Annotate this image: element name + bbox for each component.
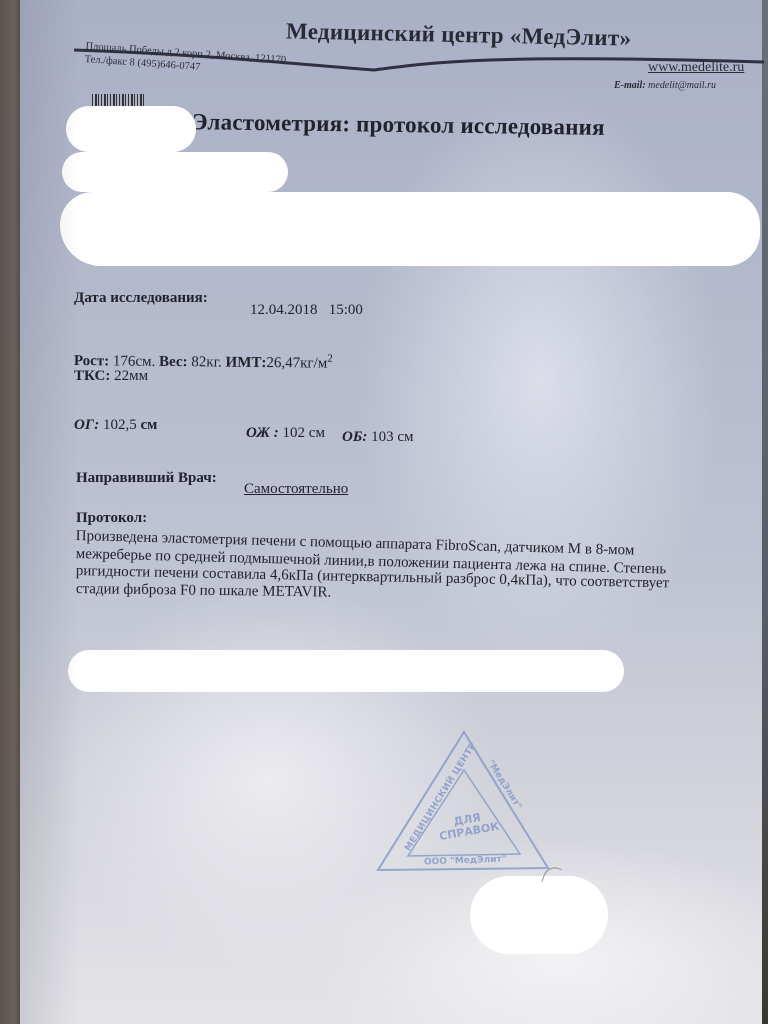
exam-datetime: 12.04.2018 15:00 <box>250 302 363 319</box>
bmi-value: 26,47кг/м <box>266 355 327 372</box>
redaction-signature <box>470 876 608 954</box>
oz-label: ОЖ : <box>246 425 279 441</box>
email-label: E-mail: <box>614 80 646 91</box>
protocol-text: Произведена эластометрия печени с помощь… <box>76 528 669 598</box>
bmi-exponent: 2 <box>327 353 333 365</box>
og-value: 102,5 <box>103 417 137 433</box>
email-value[interactable]: medelit@mail.ru <box>648 80 716 91</box>
official-stamp: МЕДИЦИНСКИЙ ЦЕНТР "МедЭлит" ДЛЯ СПРАВОК … <box>372 728 552 878</box>
oz-value: 102 см <box>283 425 325 441</box>
redaction-conclusion <box>68 650 624 692</box>
redaction-patient-info <box>62 152 288 192</box>
ob-line: ОБ: 103 см <box>342 429 414 446</box>
exam-date-label: Дата исследования: <box>74 290 208 307</box>
tks-value: 22мм <box>114 368 148 384</box>
tks-label: ТКС: <box>74 368 110 384</box>
redaction-patient-name <box>66 106 196 152</box>
document-page: Медицинский центр «МедЭлит» Площадь Побе… <box>20 0 762 1024</box>
protocol-heading: Протокол: <box>76 510 147 527</box>
og-line: ОГ: 102,5 см <box>74 417 157 434</box>
weight-label: Вес: <box>159 354 188 370</box>
redaction-patient-address <box>60 192 760 266</box>
oz-line: ОЖ : 102 см <box>246 425 325 442</box>
og-unit: см <box>141 417 158 433</box>
referral-label: Направивший Врач: <box>76 470 217 487</box>
height-label: Рост: <box>74 353 109 369</box>
website-link[interactable]: www.medelite.ru <box>648 60 744 76</box>
ob-value: 103 см <box>371 429 413 445</box>
ob-label: ОБ: <box>342 429 367 445</box>
referral-value: Самостоятельно <box>244 481 348 498</box>
og-label: ОГ: <box>74 417 99 433</box>
exam-time-value: 15:00 <box>329 302 363 318</box>
email-line: E-mail: medelit@mail.ru <box>614 80 716 91</box>
tks-line: ТКС: 22мм <box>74 368 148 385</box>
bmi-label: ИМТ: <box>226 355 267 371</box>
weight-value: 82кг. <box>191 354 222 370</box>
exam-date-value: 12.04.2018 <box>250 302 318 318</box>
document-title: Эластометрия: протокол исследования <box>192 109 605 141</box>
